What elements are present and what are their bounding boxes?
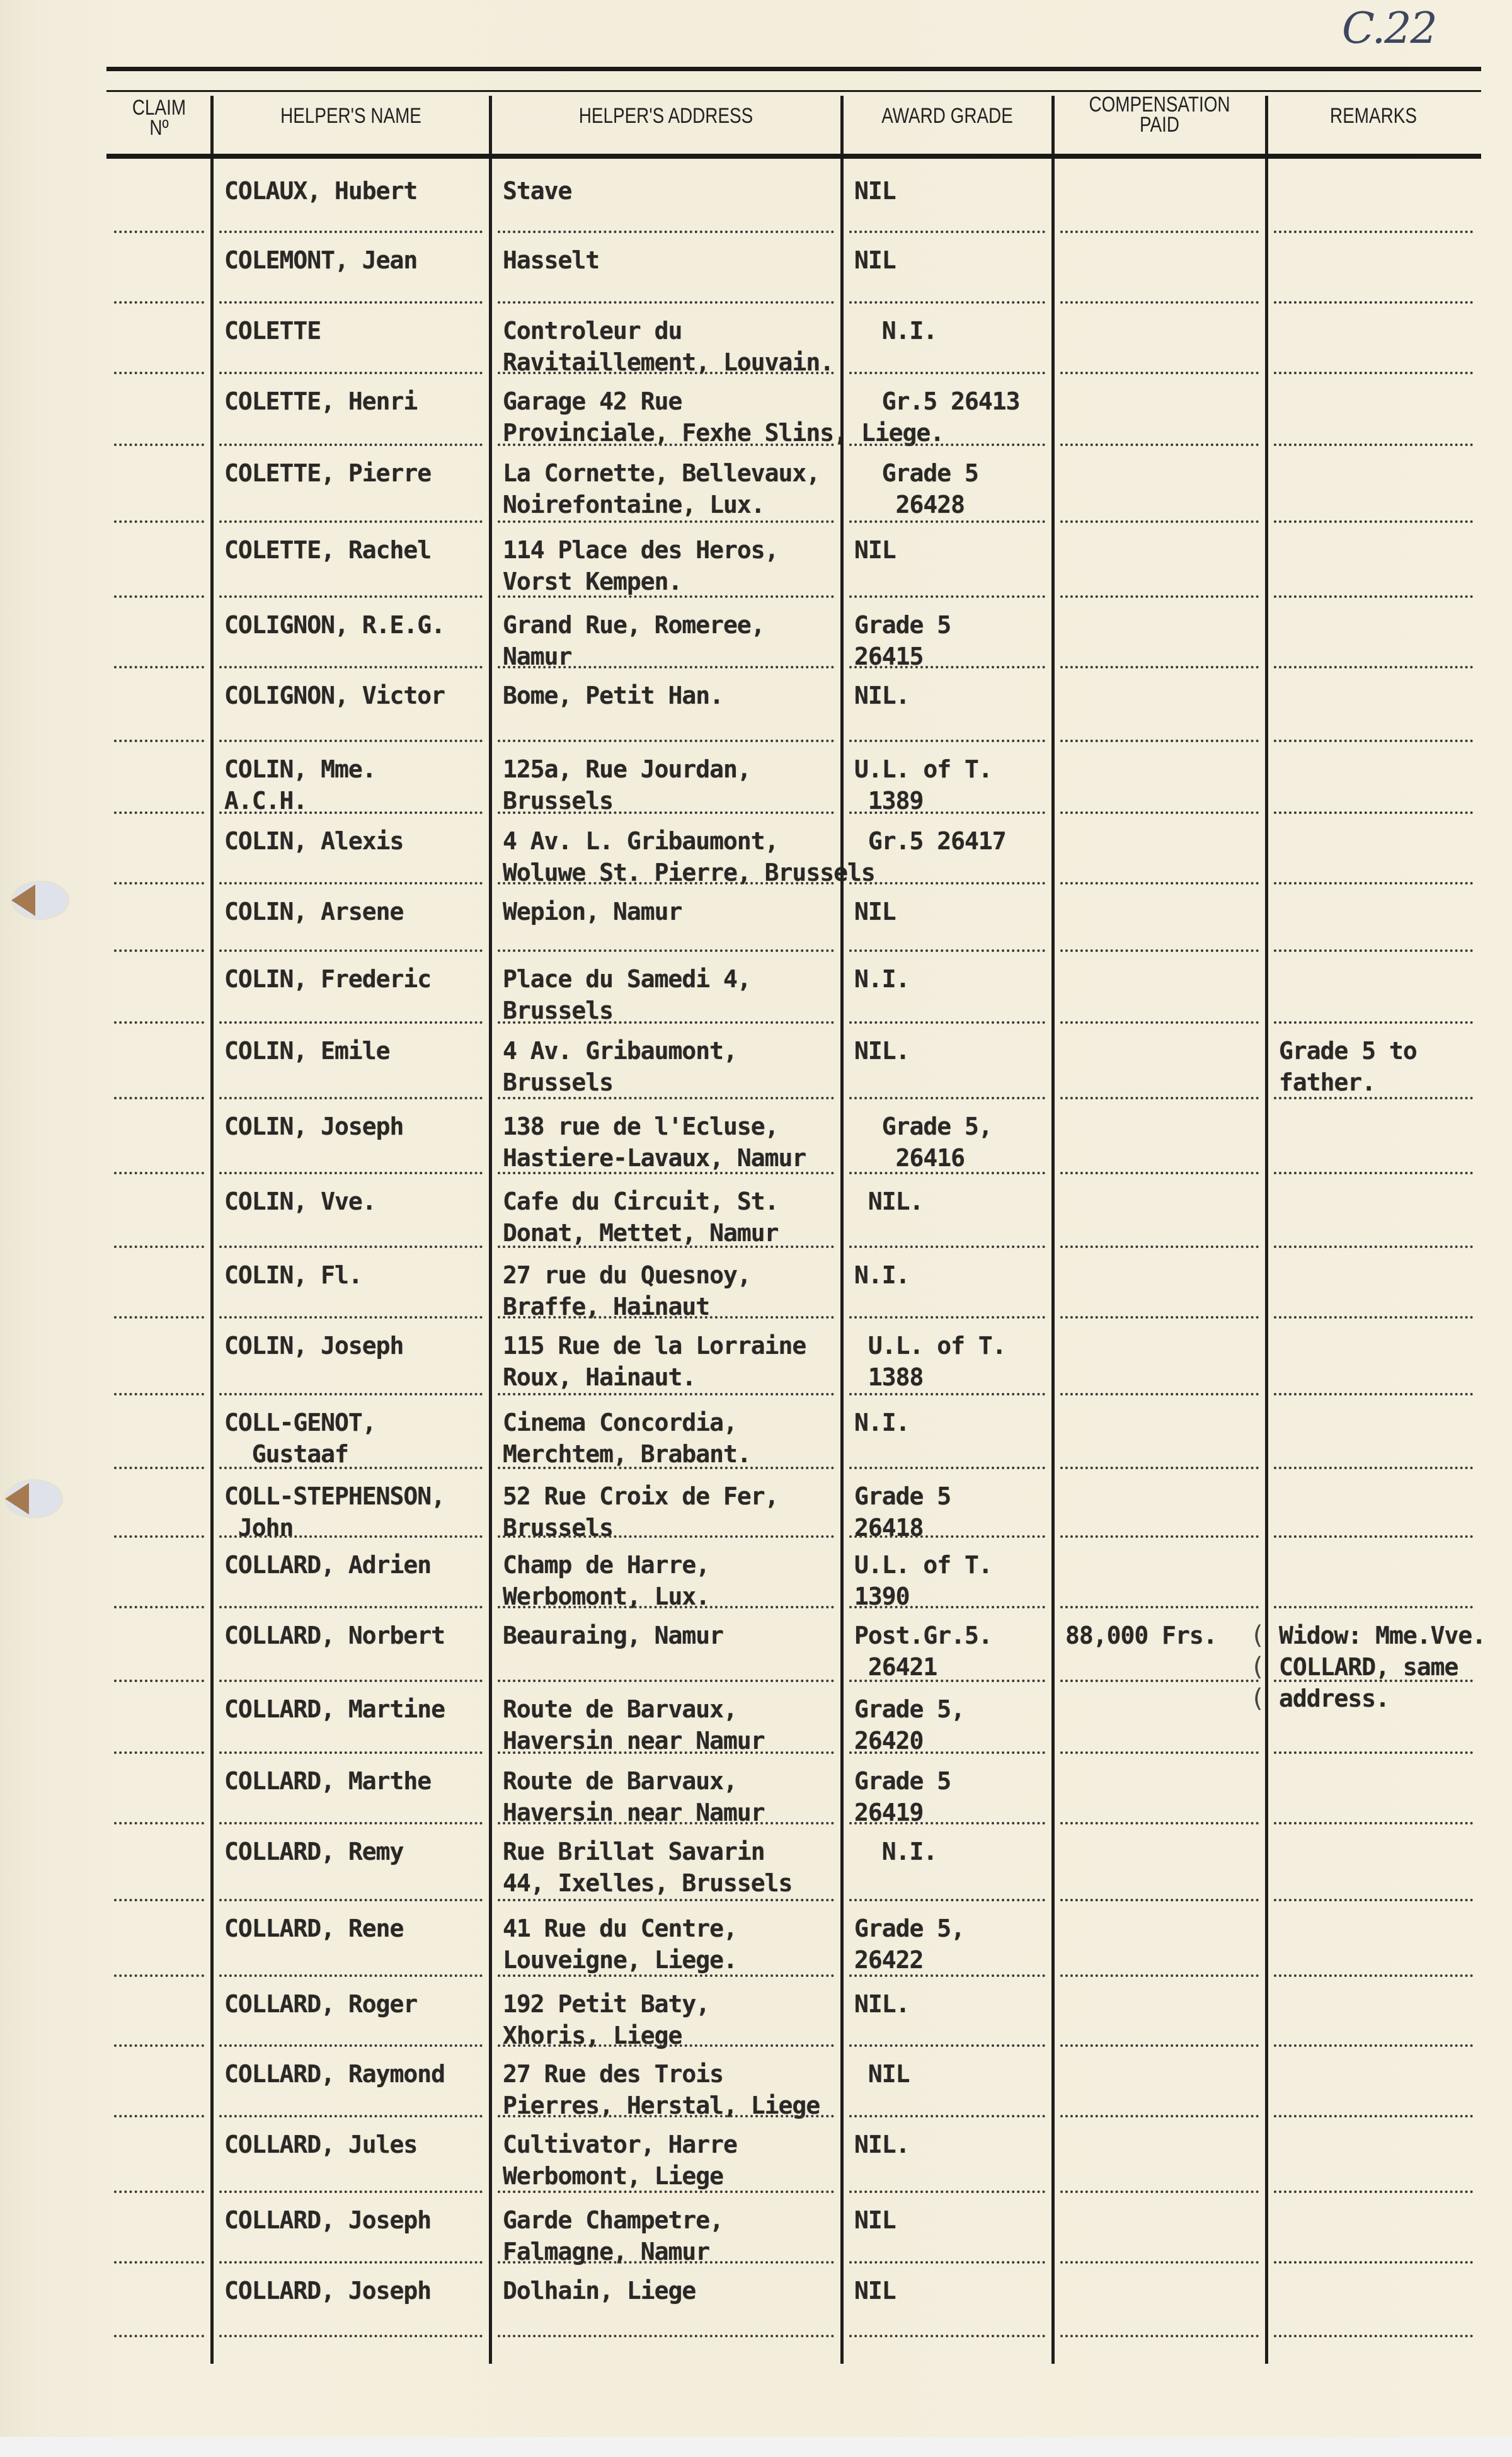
row-separator [1274, 2191, 1473, 2193]
award-grade: 26421 [854, 1651, 937, 1683]
column-divider [1051, 159, 1055, 2364]
row-separator [114, 1467, 204, 1469]
row-separator [498, 231, 834, 233]
helper-address: Merchtem, Brabant. [503, 1438, 751, 1470]
row-separator [1060, 1021, 1259, 1024]
helper-address: Controleur du [503, 315, 682, 346]
helper-address: 27 Rue des Trois [503, 2058, 723, 2090]
helper-name: COLIN, Arsene [224, 896, 403, 927]
row-separator [1274, 1021, 1473, 1024]
helper-name: COLIN, Joseph [224, 1330, 403, 1361]
helper-address: Hasselt [503, 244, 599, 276]
award-grade: Grade 5, [854, 1111, 992, 1142]
header-bottom-rule [106, 154, 1481, 159]
row-separator [849, 1393, 1045, 1395]
helper-name: COLIGNON, Victor [224, 680, 445, 711]
award-grade: 26416 [854, 1142, 965, 1174]
row-separator [1274, 231, 1473, 233]
row-separator [1060, 666, 1259, 668]
remarks: Grade 5 to [1279, 1035, 1417, 1067]
row-separator [498, 1467, 834, 1469]
row-separator [1274, 2044, 1473, 2047]
header-remarks: REMARKS [1286, 106, 1462, 126]
row-separator [849, 444, 1045, 446]
column-divider-header [1051, 96, 1055, 154]
row-separator [498, 520, 834, 523]
row-separator [114, 595, 204, 598]
column-divider-header [489, 96, 492, 154]
helper-name: COLIN, Alexis [224, 825, 403, 857]
helper-address: 115 Rue de la Lorraine [503, 1330, 806, 1361]
row-separator [219, 2191, 483, 2193]
row-separator [498, 1822, 834, 1824]
column-divider [840, 159, 844, 2364]
row-separator [114, 2044, 204, 2047]
award-grade: NIL. [854, 2129, 910, 2160]
column-divider [210, 159, 214, 2364]
header-claim-line1: CLAIM [116, 98, 202, 118]
row-separator [114, 882, 204, 885]
helper-address: Donat, Mettet, Namur [503, 1217, 779, 1249]
row-separator [1274, 666, 1473, 668]
helper-address: 41 Rue du Centre, [503, 1913, 737, 1944]
row-separator [849, 2191, 1045, 2193]
row-separator [849, 1606, 1045, 1608]
helper-address: Cultivator, Harre [503, 2129, 737, 2160]
top-thick-rule [106, 67, 1481, 71]
row-separator [114, 2261, 204, 2264]
helper-address: Cafe du Circuit, St. [503, 1186, 779, 1217]
award-grade: N.I. [854, 963, 910, 995]
helper-address: Hastiere-Lavaux, Namur [503, 1142, 806, 1174]
row-separator [1060, 2335, 1259, 2337]
row-separator [1060, 1246, 1259, 1248]
award-grade: Grade 5, [854, 1693, 965, 1725]
helper-address: 4 Av. Gribaumont, [503, 1035, 737, 1067]
row-separator [498, 1246, 834, 1248]
helper-address: Louveigne, Liege. [503, 1944, 737, 1976]
award-grade: NIL [854, 2058, 910, 2090]
row-separator [498, 949, 834, 952]
helper-address: Garde Champetre, [503, 2204, 723, 2236]
row-separator [1060, 949, 1259, 952]
award-grade: Grade 5 [854, 609, 951, 641]
row-separator [219, 2335, 483, 2337]
helper-name: COLIN, Vve. [224, 1186, 376, 1217]
award-grade: 1388 [854, 1361, 923, 1393]
award-grade: NIL [854, 2204, 896, 2236]
helper-name: COLLARD, Remy [224, 1836, 403, 1867]
award-grade: Grade 5, [854, 1913, 965, 1944]
award-grade: NIL [854, 896, 896, 927]
award-grade: NIL. [854, 680, 910, 711]
row-separator [498, 1899, 834, 1901]
row-separator [498, 1172, 834, 1174]
binder-hole-icon [11, 881, 69, 920]
helper-address: Wepion, Namur [503, 896, 682, 927]
row-separator [114, 1751, 204, 1754]
row-separator [114, 811, 204, 814]
helper-address: La Cornette, Bellevaux, [503, 457, 820, 489]
award-grade: Grade 5 [854, 457, 978, 489]
row-separator [498, 2191, 834, 2193]
row-separator [849, 1535, 1045, 1538]
row-separator [219, 1535, 483, 1538]
row-separator [849, 811, 1045, 814]
helper-address: 138 rue de l'Ecluse, [503, 1111, 779, 1142]
helper-address: 114 Place des Heros, [503, 534, 779, 566]
header-claim-no: CLAIM Nº [116, 98, 202, 138]
award-grade: 26422 [854, 1944, 923, 1976]
award-grade: Gr.5 26413 [854, 386, 1020, 417]
row-separator [219, 595, 483, 598]
row-separator [849, 666, 1045, 668]
helper-name: COLL-GENOT, [224, 1407, 376, 1438]
row-separator [219, 372, 483, 374]
row-separator [1274, 1680, 1473, 1682]
row-separator [219, 1246, 483, 1248]
award-grade: NIL [854, 244, 896, 276]
helper-name: COLIN, Emile [224, 1035, 390, 1067]
row-separator [849, 2044, 1045, 2047]
award-grade: NIL. [854, 1186, 923, 1217]
award-grade: Grade 5 [854, 1765, 951, 1797]
row-separator [498, 372, 834, 374]
remarks: Widow: Mme.Vve. [1279, 1620, 1486, 1651]
row-separator [114, 1393, 204, 1395]
helper-name: COLIGNON, R.E.G. [224, 609, 445, 641]
row-separator [1274, 1393, 1473, 1395]
row-separator [498, 882, 834, 885]
row-separator [114, 1974, 204, 1977]
row-separator [1060, 1393, 1259, 1395]
row-separator [1274, 1899, 1473, 1901]
helper-name: COLLARD, Adrien [224, 1549, 431, 1581]
helper-name: COLLARD, Norbert [224, 1620, 445, 1651]
helper-name: COLAUX, Hubert [224, 175, 417, 207]
row-separator [498, 2261, 834, 2264]
column-divider [1265, 159, 1268, 2364]
row-separator [849, 740, 1045, 742]
helper-address: Brussels [503, 1067, 613, 1098]
helper-address: Stave [503, 175, 571, 207]
row-separator [1060, 595, 1259, 598]
row-separator [114, 1535, 204, 1538]
row-separator [1060, 1680, 1259, 1682]
row-separator [498, 1680, 834, 1682]
header-compensation-line2: PAID [1072, 115, 1247, 135]
row-separator [219, 1680, 483, 1682]
helper-address: 27 rue du Quesnoy, [503, 1259, 751, 1291]
top-thin-rule [106, 90, 1481, 92]
helper-address: 125a, Rue Jourdan, [503, 753, 751, 785]
helper-address: Roux, Hainaut. [503, 1361, 696, 1393]
page-reference: C.22 [1342, 4, 1436, 54]
row-separator [1274, 740, 1473, 742]
award-grade: N.I. [854, 1259, 910, 1291]
row-separator [219, 1172, 483, 1174]
remarks: father. [1279, 1067, 1375, 1098]
compensation-paid: 88,000 Frs. [1065, 1620, 1217, 1651]
row-separator [849, 1316, 1045, 1319]
row-separator [1060, 1606, 1259, 1608]
row-separator [849, 1751, 1045, 1754]
row-separator [1060, 520, 1259, 523]
row-separator [1060, 372, 1259, 374]
row-separator [498, 2335, 834, 2337]
row-separator [849, 2335, 1045, 2337]
row-separator [219, 882, 483, 885]
row-separator [1060, 2115, 1259, 2117]
row-separator [498, 595, 834, 598]
helper-address: Garage 42 Rue [503, 386, 682, 417]
award-grade: 26428 [854, 489, 965, 520]
row-separator [114, 520, 204, 523]
row-separator [1274, 1535, 1473, 1538]
helper-address: 192 Petit Baty, [503, 1988, 709, 2020]
helper-address: Route de Barvaux, [503, 1765, 737, 1797]
row-separator [1274, 595, 1473, 598]
row-separator [1274, 1974, 1473, 1977]
helper-name: COLLARD, Roger [224, 1988, 417, 2020]
row-separator [114, 740, 204, 742]
row-separator [849, 372, 1045, 374]
row-separator [114, 1680, 204, 1682]
row-separator [219, 1316, 483, 1319]
helper-address: Rue Brillat Savarin [503, 1836, 765, 1867]
row-separator [1060, 882, 1259, 885]
row-separator [1274, 520, 1473, 523]
helper-name: COLLARD, Rene [224, 1913, 403, 1944]
row-separator [1060, 1899, 1259, 1901]
row-separator [849, 2261, 1045, 2264]
row-separator [498, 1097, 834, 1099]
row-separator [498, 811, 834, 814]
award-grade: NIL [854, 534, 896, 566]
row-separator [114, 666, 204, 668]
row-separator [114, 2335, 204, 2337]
award-grade: U.L. of T. [854, 1330, 1006, 1361]
helper-name: COLLARD, Joseph [224, 2204, 431, 2236]
row-separator [219, 2261, 483, 2264]
row-separator [114, 1822, 204, 1824]
row-separator [219, 1899, 483, 1901]
helper-name: COLETTE, Pierre [224, 457, 431, 489]
row-separator [849, 1172, 1045, 1174]
row-separator [1274, 1467, 1473, 1469]
row-separator [219, 520, 483, 523]
row-separator [849, 882, 1045, 885]
helper-name: COLL-STEPHENSON, [224, 1480, 445, 1512]
row-separator [219, 811, 483, 814]
row-separator [498, 666, 834, 668]
row-separator [219, 949, 483, 952]
row-separator [1274, 1097, 1473, 1099]
row-separator [1060, 301, 1259, 304]
row-separator [114, 2115, 204, 2117]
helper-address: Champ de Harre, [503, 1549, 709, 1581]
bracket-icon: ( [1250, 1651, 1265, 1683]
helper-address: Bome, Petit Han. [503, 680, 723, 711]
award-grade: NIL. [854, 1988, 910, 2020]
row-separator [498, 301, 834, 304]
header-claim-line2: Nº [116, 118, 202, 138]
row-separator [849, 1680, 1045, 1682]
row-separator [219, 444, 483, 446]
row-separator [1060, 811, 1259, 814]
row-separator [849, 1899, 1045, 1901]
header-compensation-paid: COMPENSATION PAID [1072, 94, 1247, 135]
header-helper-address: HELPER'S ADDRESS [522, 106, 810, 126]
row-separator [114, 2191, 204, 2193]
row-separator [849, 1097, 1045, 1099]
row-separator [1060, 444, 1259, 446]
row-separator [1274, 1751, 1473, 1754]
helper-name: Gustaaf [224, 1438, 348, 1470]
header-award-grade: AWARD GRADE [861, 106, 1034, 126]
row-separator [1060, 1751, 1259, 1754]
helper-name: COLLARD, Joseph [224, 2275, 431, 2306]
row-separator [219, 666, 483, 668]
row-separator [498, 1535, 834, 1538]
row-separator [1060, 740, 1259, 742]
row-separator [219, 1974, 483, 1977]
row-separator [219, 1021, 483, 1024]
helper-name: COLIN, Fl. [224, 1259, 362, 1291]
row-separator [114, 301, 204, 304]
row-separator [219, 740, 483, 742]
helper-address: 4 Av. L. Gribaumont, [503, 825, 779, 857]
row-separator [849, 595, 1045, 598]
award-grade: U.L. of T. [854, 1549, 992, 1581]
row-separator [1274, 1246, 1473, 1248]
helper-address: Noirefontaine, Lux. [503, 489, 765, 520]
bracket-icon: ( [1250, 1683, 1265, 1714]
bracket-icon: ( [1250, 1620, 1265, 1651]
remarks: COLLARD, same [1279, 1651, 1458, 1683]
header-compensation-line1: COMPENSATION [1072, 94, 1247, 115]
row-separator [1060, 2044, 1259, 2047]
row-separator [219, 1467, 483, 1469]
row-separator [114, 231, 204, 233]
row-separator [1274, 2115, 1473, 2117]
helper-name: COLLARD, Raymond [224, 2058, 445, 2090]
helper-name: COLIN, Mme. [224, 753, 376, 785]
column-divider-header [840, 96, 844, 154]
row-separator [114, 1097, 204, 1099]
row-separator [114, 1172, 204, 1174]
row-separator [219, 301, 483, 304]
award-grade: Grade 5 [854, 1480, 951, 1512]
row-separator [498, 2115, 834, 2117]
award-grade: Gr.5 26417 [854, 825, 1006, 857]
row-separator [498, 1606, 834, 1608]
binder-hole-icon [5, 1479, 63, 1518]
row-separator [1274, 2261, 1473, 2264]
row-separator [219, 1097, 483, 1099]
row-separator [849, 1021, 1045, 1024]
row-separator [219, 2044, 483, 2047]
row-separator [219, 231, 483, 233]
row-separator [1274, 372, 1473, 374]
helper-address: Beauraing, Namur [503, 1620, 723, 1651]
row-separator [1060, 1097, 1259, 1099]
row-separator [1274, 882, 1473, 885]
row-separator [849, 2115, 1045, 2117]
award-grade: 26418 [854, 1512, 923, 1543]
award-grade: N.I. [854, 1407, 910, 1438]
row-separator [849, 231, 1045, 233]
row-separator [1060, 1974, 1259, 1977]
helper-name: COLIN, Joseph [224, 1111, 403, 1142]
row-separator [849, 1822, 1045, 1824]
row-separator [498, 740, 834, 742]
header-helper-name: HELPER'S NAME [237, 106, 465, 126]
helper-address: Place du Samedi 4, [503, 963, 751, 995]
row-separator [114, 1246, 204, 1248]
row-separator [1060, 1467, 1259, 1469]
row-separator [849, 1246, 1045, 1248]
row-separator [114, 372, 204, 374]
row-separator [1274, 1606, 1473, 1608]
helper-address: Dolhain, Liege [503, 2275, 696, 2306]
row-separator [219, 2115, 483, 2117]
row-separator [219, 1606, 483, 1608]
row-separator [498, 1021, 834, 1024]
helper-name: COLIN, Frederic [224, 963, 431, 995]
row-separator [1274, 444, 1473, 446]
row-separator [114, 444, 204, 446]
row-separator [849, 301, 1045, 304]
helper-name: COLLARD, Jules [224, 2129, 417, 2160]
helper-address: 44, Ixelles, Brussels [503, 1867, 792, 1899]
row-separator [1274, 2335, 1473, 2337]
row-separator [849, 949, 1045, 952]
award-grade: NIL. [854, 1035, 910, 1067]
column-divider [489, 159, 492, 2364]
award-grade: U.L. of T. [854, 753, 992, 785]
row-separator [849, 1467, 1045, 1469]
row-separator [498, 444, 834, 446]
remarks: address. [1279, 1683, 1389, 1714]
row-separator [849, 1974, 1045, 1977]
row-separator [1060, 2191, 1259, 2193]
helper-name: COLLARD, Marthe [224, 1765, 431, 1797]
award-grade: N.I. [854, 1836, 937, 1867]
row-separator [1060, 231, 1259, 233]
row-separator [1060, 1172, 1259, 1174]
row-separator [1060, 1535, 1259, 1538]
helper-address: Cinema Concordia, [503, 1407, 737, 1438]
row-separator [498, 1751, 834, 1754]
helper-name: COLLARD, Martine [224, 1693, 445, 1725]
helper-name: COLEMONT, Jean [224, 244, 417, 276]
row-separator [114, 1606, 204, 1608]
award-grade: Post.Gr.5. [854, 1620, 992, 1651]
row-separator [114, 949, 204, 952]
document-page: C.22 CLAIM Nº HELPER'S NAME HELPER'S ADD… [0, 0, 1512, 2437]
helper-name: John [224, 1512, 293, 1543]
row-separator [114, 1316, 204, 1319]
row-separator [114, 1021, 204, 1024]
row-separator [219, 1822, 483, 1824]
helper-name: COLETTE, Henri [224, 386, 417, 417]
award-grade: N.I. [854, 315, 937, 346]
award-grade: NIL [854, 2275, 896, 2306]
helper-address: Vorst Kempen. [503, 566, 682, 597]
row-separator [114, 1899, 204, 1901]
row-separator [849, 520, 1045, 523]
